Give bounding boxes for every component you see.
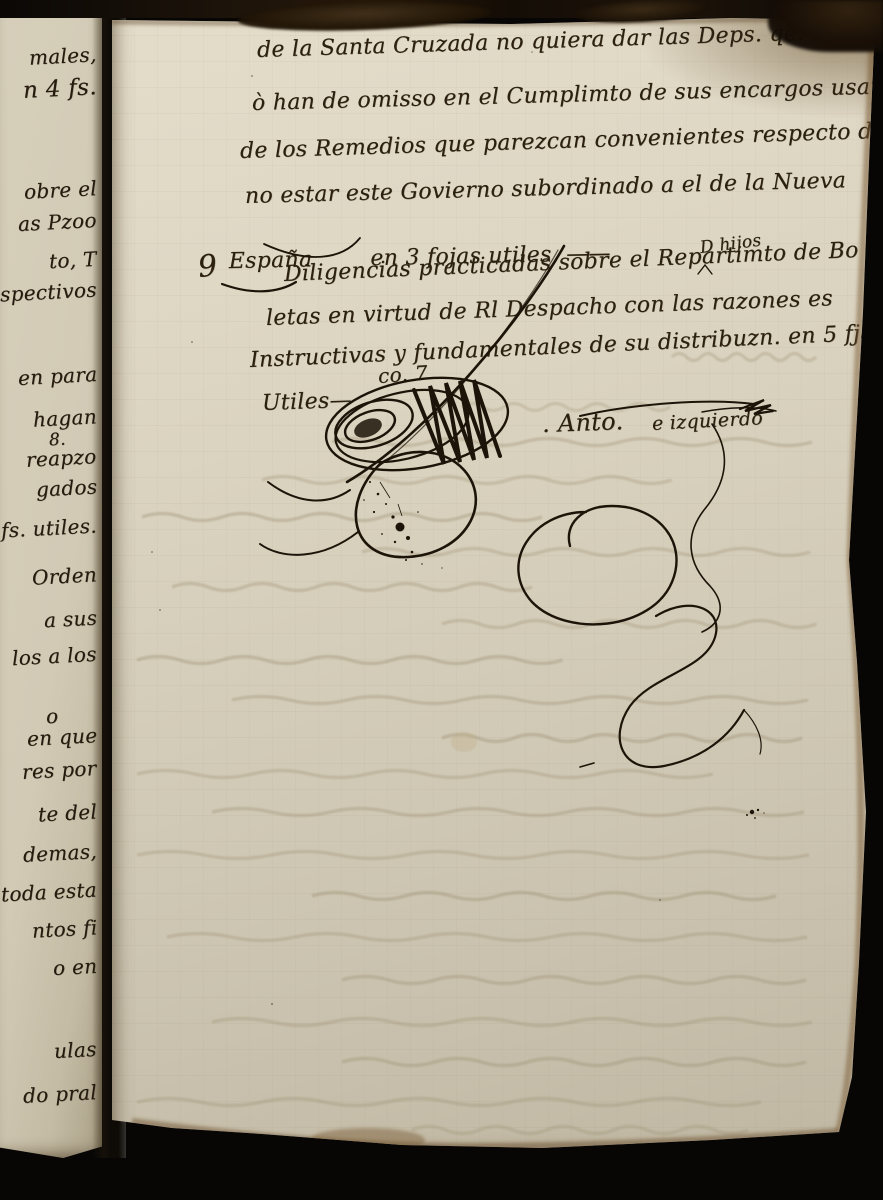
insertion-caret [698,265,712,274]
s-flourish [580,606,761,767]
ink-flourishes [222,238,776,767]
page-edge-tint [112,20,872,1152]
ink-flourish-svg [112,12,878,1154]
rubric-strike-flourish [580,400,776,416]
left-page-fragment: los a los [12,642,98,670]
left-page-fragment: obre el [23,176,97,204]
left-page-fragment: as Pzoo [18,208,98,236]
espana-swash [264,238,360,257]
left-page-fragment: a sus [43,606,97,633]
ink-splatter [363,481,422,565]
item-marker-dash [222,282,296,291]
manuscript-photo: males, n 4 fs. obre el as Pzoo to, T spe… [0,0,883,1200]
left-page-fragment: do pral [22,1080,97,1108]
left-page-fragment: o en [52,954,98,980]
left-page-fragment: males, [29,42,98,70]
left-page-fragment: toda esta [1,878,98,907]
main-page: de la Santa Cruzada no quiera dar las De… [112,12,878,1154]
left-page-fragment: n 4 fs. [23,74,98,104]
left-page-fragment: to, T [49,247,98,273]
left-page-fragment: res por [22,756,98,784]
left-page-fragment: te del [37,799,97,826]
left-page-fragment: Orden [31,562,97,589]
ink-blot [746,809,765,819]
left-page-fragment: en que [26,723,98,751]
wavy-flourish [691,424,724,632]
ink-circle-loop [518,506,676,624]
left-page-fragment: ntos fi [31,915,98,942]
left-page-fragment: spectivos [0,277,98,306]
left-page-fragment: gados [35,474,98,501]
left-page-fragment: en para [17,362,98,390]
left-page-fragment: reapzo [26,444,98,472]
signature-rubric-flourish [260,246,564,557]
left-page-fragment: hagan [32,404,97,431]
left-page-edge: males, n 4 fs. obre el as Pzoo to, T spe… [0,10,102,1158]
left-page-fragment: fs. utiles. [1,514,98,543]
left-page-fragment: demas, [22,839,97,867]
dust-specks [151,51,723,1005]
